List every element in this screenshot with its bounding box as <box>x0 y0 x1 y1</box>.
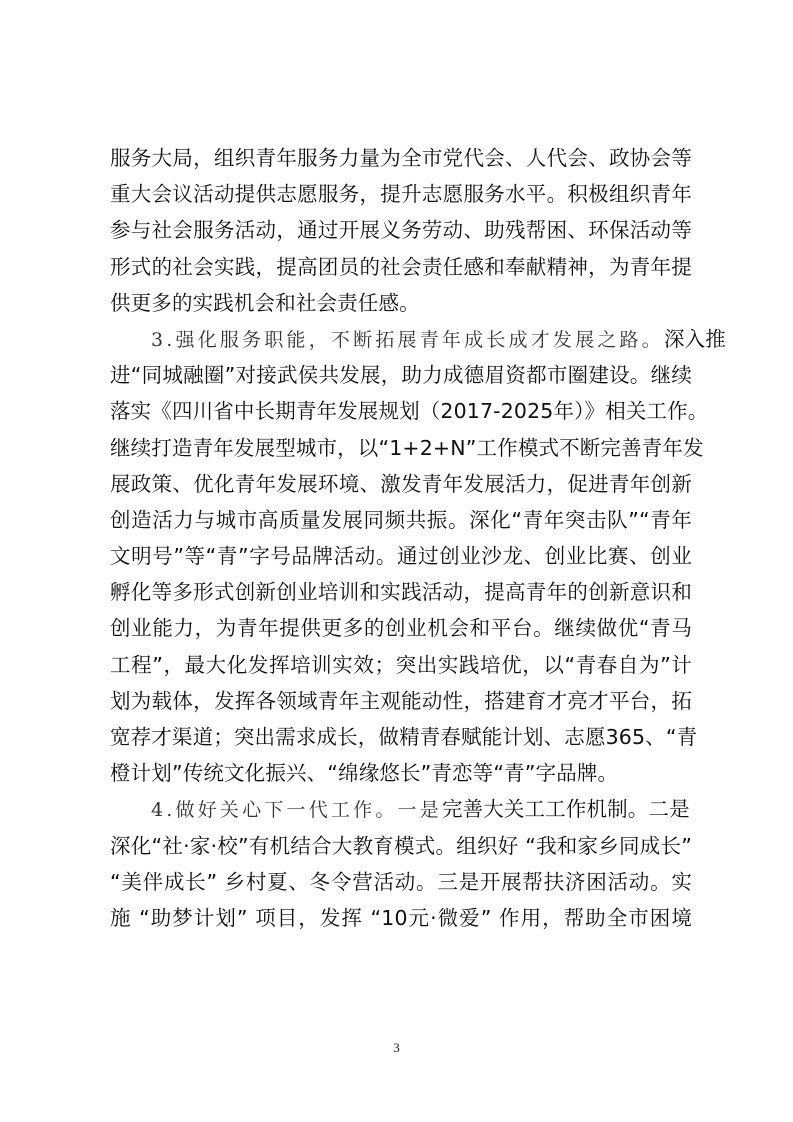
section-3-heading-tail: 深入推 <box>664 327 726 351</box>
paragraph-line: 划为载体，发挥各领域青年主观能动性，搭建育才亮才平台，拓 <box>110 683 692 719</box>
paragraph-line: 创业能力，为青年提供更多的创业机会和平台。继续做优“青马 <box>110 610 692 646</box>
paragraph-line: 服务大局，组织青年服务力量为全市党代会、人代会、政协会等 <box>110 140 692 176</box>
paragraph-line: 橙计划”传统文化振兴、“绵缘悠长”青恋等“青”字品牌。 <box>110 755 692 791</box>
paragraph-line: 深化“社·家·校”有机结合大教育模式。组织好 “我和家乡同成长” <box>110 828 692 864</box>
paragraph-line: 形式的社会实践，提高团员的社会责任感和奉献精神，为青年提 <box>110 249 692 285</box>
page-number: 3 <box>0 1040 793 1056</box>
section-3-heading: 3.强化服务职能，不断拓展青年成长成才发展之路。 <box>151 329 664 351</box>
section-3-heading-line: 3.强化服务职能，不断拓展青年成长成才发展之路。深入推 <box>110 321 692 357</box>
paragraph-line: 进“同城融圈”对接武侯共发展，助力成德眉资都市圈建设。继续 <box>110 357 692 393</box>
paragraph-line: 创造活力与城市高质量发展同频共振。深化“青年突击队”“青年 <box>110 502 692 538</box>
paragraph-line: 文明号”等“青”字号品牌活动。通过创业沙龙、创业比赛、创业 <box>110 538 692 574</box>
document-body: 服务大局，组织青年服务力量为全市党代会、人代会、政协会等 重大会议活动提供志愿服… <box>110 140 692 936</box>
section-4-heading-line: 4.做好关心下一代工作。一是完善大关工工作机制。二是 <box>110 791 692 827</box>
paragraph-line: 参与社会服务活动，通过开展义务劳动、助残帮困、环保活动等 <box>110 212 692 248</box>
paragraph-line: 孵化等多形式创新创业培训和实践活动，提高青年的创新意识和 <box>110 574 692 610</box>
section-4-heading: 4.做好关心下一代工作。一是 <box>151 799 442 821</box>
paragraph-line: “美伴成长” 乡村夏、冬令营活动。三是开展帮扶济困活动。实 <box>110 864 692 900</box>
paragraph-line: 施 “助梦计划” 项目，发挥 “10元·微爱” 作用，帮助全市困境 <box>110 900 692 936</box>
paragraph-line: 继续打造青年发展型城市，以“1+2+N”工作模式不断完善青年发 <box>110 430 692 466</box>
paragraph-line: 供更多的实践机会和社会责任感。 <box>110 285 692 321</box>
section-4-heading-tail: 完善大关工工作机制。二是 <box>442 797 690 821</box>
paragraph-line: 宽荐才渠道；突出需求成长，做精青春赋能计划、志愿365、“青 <box>110 719 692 755</box>
paragraph-line: 工程”，最大化发挥培训实效；突出实践培优，以“青春自为”计 <box>110 647 692 683</box>
paragraph-line: 重大会议活动提供志愿服务，提升志愿服务水平。积极组织青年 <box>110 176 692 212</box>
paragraph-line: 展政策、优化青年发展环境、激发青年发展活力，促进青年创新 <box>110 466 692 502</box>
document-page: 服务大局，组织青年服务力量为全市党代会、人代会、政协会等 重大会议活动提供志愿服… <box>0 0 793 1122</box>
paragraph-line: 落实《四川省中长期青年发展规划（2017-2025年）》相关工作。 <box>110 393 692 429</box>
